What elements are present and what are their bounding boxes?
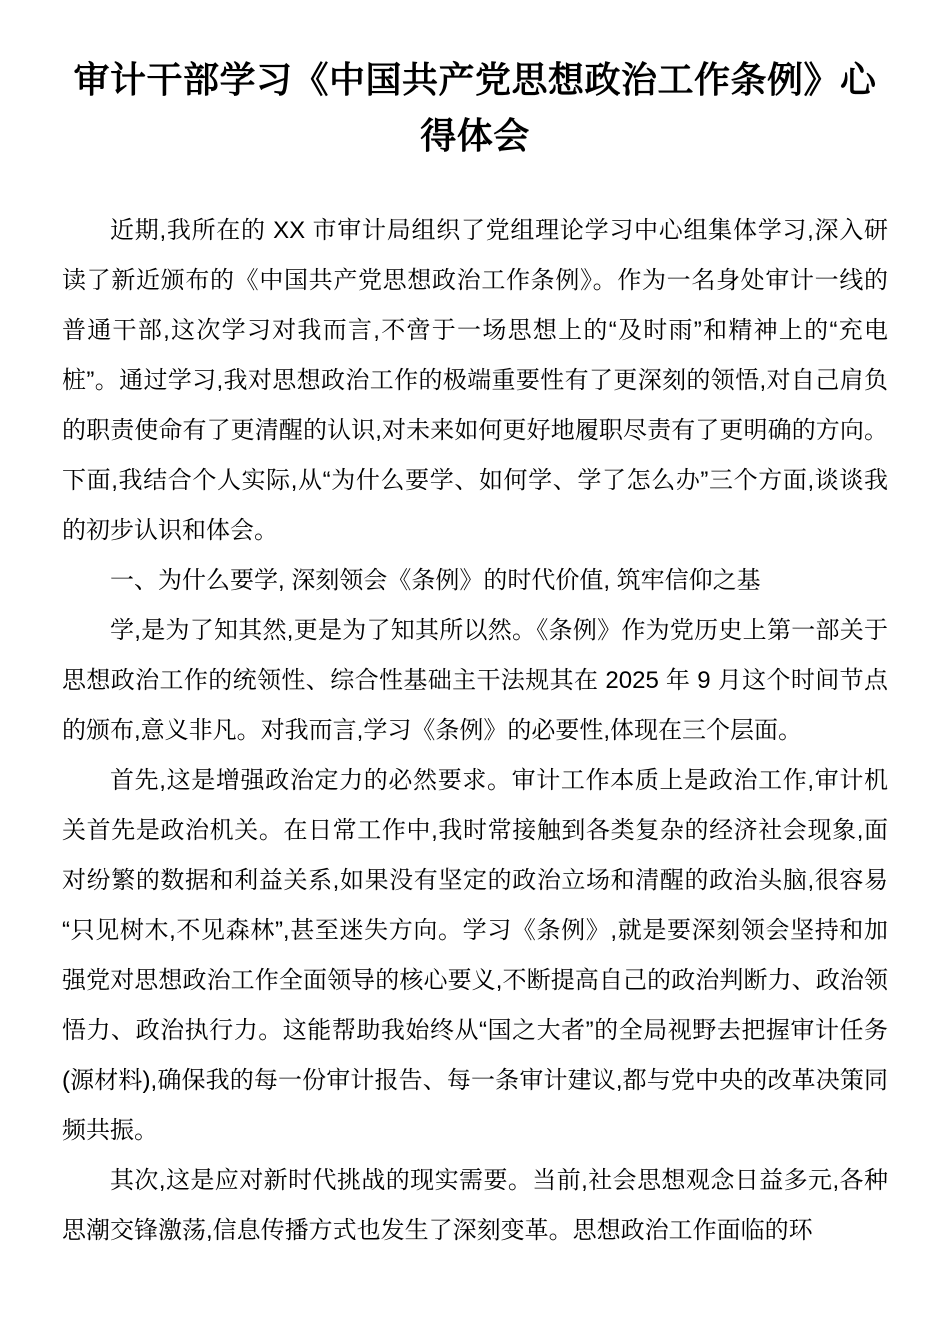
- document-page: 审计干部学习《中国共产党思想政治工作条例》心得体会 近期,我所在的 XX 市审计…: [0, 0, 950, 1344]
- paragraph: 其次,这是应对新时代挑战的现实需要。当前,社会思想观念日益多元,各种思潮交锋激荡…: [62, 1156, 888, 1256]
- paragraph: 近期,我所在的 XX 市审计局组织了党组理论学习中心组集体学习,深入研读了新近颁…: [62, 206, 888, 556]
- document-body: 近期,我所在的 XX 市审计局组织了党组理论学习中心组集体学习,深入研读了新近颁…: [62, 206, 888, 1256]
- paragraph: 学,是为了知其然,更是为了知其所以然。《条例》作为党历史上第一部关于思想政治工作…: [62, 606, 888, 756]
- paragraph: 首先,这是增强政治定力的必然要求。审计工作本质上是政治工作,审计机关首先是政治机…: [62, 756, 888, 1156]
- section-heading: 一、为什么要学, 深刻领会《条例》的时代价值, 筑牢信仰之基: [62, 556, 888, 606]
- document-title: 审计干部学习《中国共产党思想政治工作条例》心得体会: [62, 52, 888, 164]
- document-content: 审计干部学习《中国共产党思想政治工作条例》心得体会 近期,我所在的 XX 市审计…: [0, 0, 950, 1256]
